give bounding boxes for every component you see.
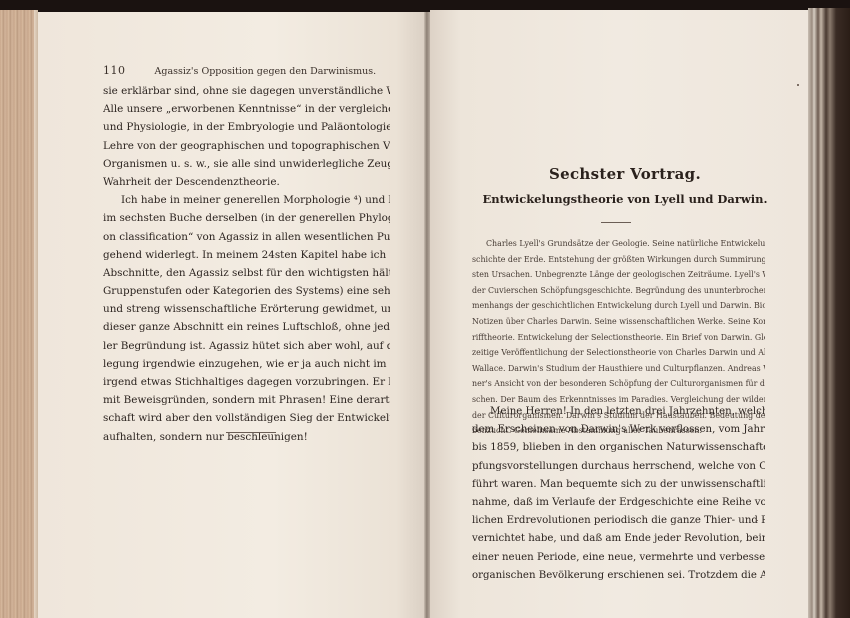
running-head-title: Agassiz's Opposition gegen den Darwinism… [155,66,377,77]
summary-line: Notizen über Charles Darwin. Seine wisse… [472,314,765,330]
text-line: bis 1859, blieben in den organischen Nat… [472,439,765,457]
text-line: legung irgendwie einzugehen, wie er ja a… [103,355,390,373]
text-line: organischen Bevölkerung erschienen sei. … [472,567,765,585]
text-line: sie erklärbar sind, ohne sie dagegen unv… [103,82,390,100]
text-line: on classification“ von Agassiz in allen … [103,228,390,246]
summary-line: schichte der Erde. Entstehung der größte… [472,252,765,268]
title-rule [601,222,631,223]
text-line: nahme, daß im Verlaufe der Erdgeschichte… [472,494,765,512]
text-line: schaft wird aber den vollständigen Sieg … [103,409,390,427]
text-line: einer neuen Periode, eine neue, vermehrt… [472,549,765,567]
text-line: dieser ganze Abschnitt ein reines Luftsc… [103,318,390,336]
text-line: lichen Erdrevolutionen periodisch die ga… [472,512,765,530]
text-line: Ich habe in meiner generellen Morphologi… [103,191,390,209]
text-line: ler Begründung ist. Agassiz hütet sich a… [103,337,390,355]
text-line: Meine Herren! In den letzten drei Jahrze… [472,403,765,421]
text-line: Lehre von der geographischen und topogra… [103,137,390,155]
chapter-title: Sechster Vortrag. [460,165,790,183]
open-book: 110 Agassiz's Opposition gegen den Darwi… [0,0,850,618]
right-page-body: Meine Herren! In den letzten drei Jahrze… [472,403,765,585]
text-line: Organismen u. s. w., sie alle sind unwid… [103,155,390,173]
summary-line: zeitige Veröffentlichung der Selectionst… [472,345,765,361]
text-line: Abschnitte, den Agassiz selbst für den w… [103,264,390,282]
running-head: 110 Agassiz's Opposition gegen den Darwi… [103,64,393,77]
page-number: 110 [103,64,126,77]
paper-speck [797,84,799,86]
text-line: gehend widerlegt. In meinem 24sten Kapit… [103,246,390,264]
text-line: Wahrheit der Descendenztheorie. [103,173,390,191]
summary-line: Wallace. Darwin's Studium der Hausthiere… [472,361,765,377]
text-line: führt waren. Man bequemte sich zu der un… [472,476,765,494]
summary-line: Charles Lyell's Grundsätze der Geologie.… [472,236,765,252]
summary-line: ner's Ansicht von der besonderen Schöpfu… [472,376,765,392]
paper-speck [756,520,758,521]
summary-line: rifftheorie. Entwickelung der Selections… [472,330,765,346]
text-line: mit Beweisgründen, sondern mit Phrasen! … [103,391,390,409]
text-line: im sechsten Buche derselben (in der gene… [103,209,390,227]
summary-line: sten Ursachen. Unbegrenzte Länge der geo… [472,267,765,283]
left-page-edges [0,10,38,618]
text-line: und streng wissenschaftliche Erörterung … [103,300,390,318]
summary-line: menhangs der geschichtlichen Entwickelun… [472,298,765,314]
chapter-subtitle: Entwickelungstheorie von Lyell und Darwi… [460,192,790,206]
text-line: pfungsvorstellungen durchaus herrschend,… [472,458,765,476]
right-page-edges [808,8,850,618]
section-rule [226,432,276,433]
summary-line: der Cuvierschen Schöpfungsgeschichte. Be… [472,283,765,299]
text-line: vernichtet habe, und daß am Ende jeder R… [472,530,765,548]
text-line: und Physiologie, in der Embryologie und … [103,118,390,136]
text-line: aufhalten, sondern nur beschleunigen! [103,428,390,446]
text-line: Alle unsere „erworbenen Kenntnisse“ in d… [103,100,390,118]
left-page-body: sie erklärbar sind, ohne sie dagegen unv… [103,82,390,446]
text-line: dem Erscheinen von Darwin's Werk verflos… [472,421,765,439]
text-line: irgend etwas Stichhaltiges dagegen vorzu… [103,373,390,391]
text-line: Gruppenstufen oder Kategorien des System… [103,282,390,300]
